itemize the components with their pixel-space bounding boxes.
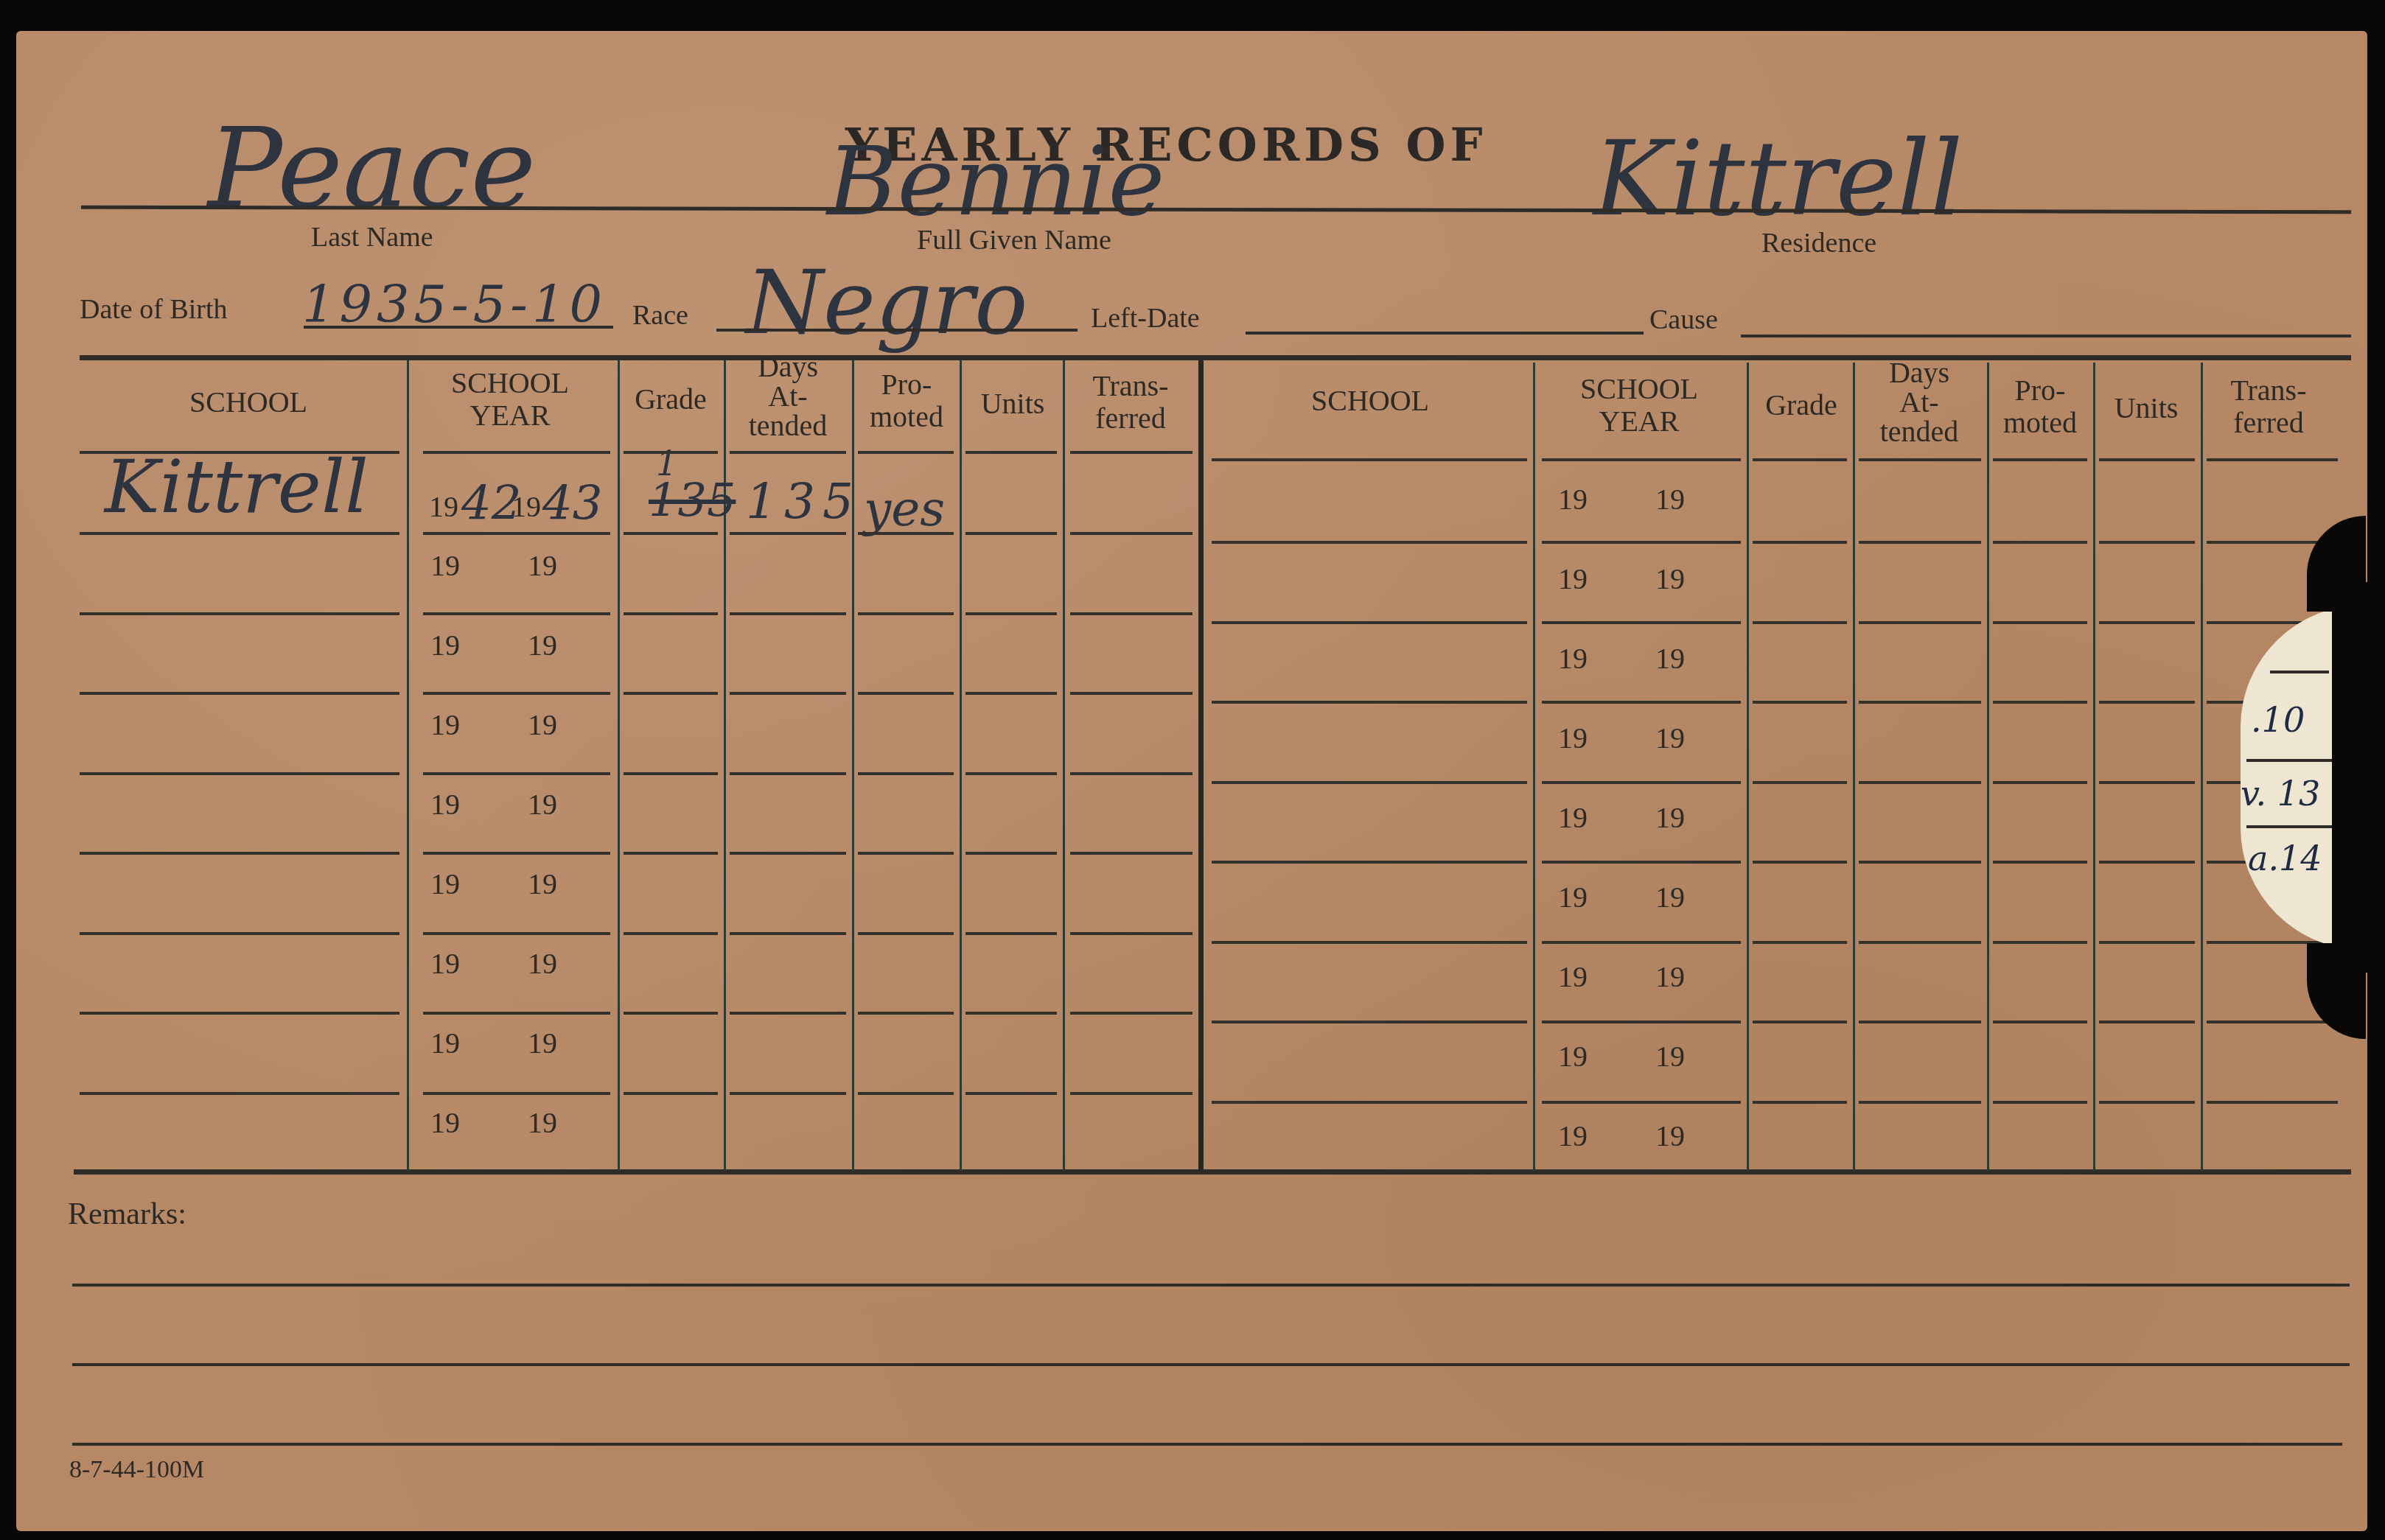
record-card: YEARLY RECORDS OF Peace Bennie Kittrell … [16,31,2367,1531]
right-row-school-field[interactable] [1215,930,1524,996]
row-underline [965,772,1057,775]
right-row-school-field[interactable] [1215,612,1524,678]
left-row-school-field[interactable] [83,917,399,983]
row-underline [1070,612,1192,615]
header-transferred-left: Trans-ferred [1064,370,1197,435]
left-row-school-field[interactable] [83,837,399,903]
header-underline [1542,458,1741,461]
right-row-school-field[interactable] [1215,691,1524,757]
header-underline [858,451,954,454]
right-row-year-from: 19 [1558,721,1588,755]
race-label: Race [632,299,688,332]
row-underline [1070,932,1192,935]
col-divider [1747,363,1749,1171]
row-underline [1993,1021,2087,1023]
col-divider [1987,363,1989,1171]
remarks-label: Remarks: [68,1197,186,1232]
row1-promoted: yes [864,480,945,537]
row-underline [423,1092,610,1095]
row-underline [2099,701,2195,704]
row-underline [965,532,1057,535]
row-underline [858,852,954,855]
row-underline [624,772,718,775]
row-underline [2099,1021,2195,1023]
header-underline [1070,451,1192,454]
row-underline [1859,1021,1981,1023]
right-row-year-to: 19 [1655,561,1685,596]
col-divider [1063,360,1065,1171]
row-underline [1070,772,1192,775]
right-row-school-field[interactable] [1215,1089,1524,1155]
row-underline [1070,532,1192,535]
row-underline [1993,541,2087,544]
row-underline [858,692,954,695]
header-units-left: Units [961,388,1064,420]
header-school-left: SCHOOL [90,370,407,419]
row1-year-to-prefix: 19 [511,489,541,524]
header-underline [2207,458,2338,461]
left-row-school-field[interactable] [83,996,399,1063]
row-underline [1753,861,1847,864]
left-row-year-from: 19 [430,946,460,981]
header-days-left: DaysAt-tended [725,352,851,441]
row-underline [730,692,846,695]
row-underline [1542,1101,1741,1104]
row-underline [965,692,1057,695]
row-underline [1859,621,1981,624]
row-underline [624,1092,718,1095]
row-underline [1993,701,2087,704]
left-row-year-from: 19 [430,707,460,742]
cause-label: Cause [1649,304,1718,336]
form-code: 8-7-44-100M [69,1456,204,1484]
remarks-line[interactable] [72,1443,2342,1446]
row-underline [423,932,610,935]
row-underline [1753,1101,1847,1104]
col-divider [2201,363,2203,1171]
header-underline [730,451,846,454]
row-underline [2099,941,2195,944]
left-row-year-to: 19 [528,787,557,822]
col-divider [618,360,620,1171]
right-row-year-from: 19 [1558,561,1588,596]
left-row-school-field[interactable] [83,1076,399,1142]
header-underline [2099,458,2195,461]
table-top-border [80,355,2351,360]
residence-label: Residence [1761,227,1876,259]
row-underline [965,612,1057,615]
right-row-year-from: 19 [1558,1119,1588,1153]
row1-school: Kittrell [105,444,369,530]
row-underline [1753,541,1847,544]
row-underline [423,1012,610,1015]
left-row-school-field[interactable] [83,757,399,824]
row-underline [1070,852,1192,855]
col-divider [960,360,962,1171]
row-underline [965,1092,1057,1095]
row-underline [858,1012,954,1015]
header-underline [1753,458,1847,461]
row-underline [624,932,718,935]
row-underline [730,852,846,855]
slip-text-2: v. 13 [2241,774,2320,813]
row-underline [1070,1092,1192,1095]
cause-underline [1741,335,2351,337]
header-school-year-right: SCHOOLYEAR [1536,373,1742,438]
row-underline [965,852,1057,855]
race-value: Negro [746,252,1027,354]
row-underline [1542,621,1741,624]
left-date-label: Left-Date [1091,302,1200,335]
row-underline [2207,1101,2338,1104]
row-underline [730,1012,846,1015]
row-underline [423,612,610,615]
row-underline [1993,621,2087,624]
right-row-year-to: 19 [1655,1039,1685,1074]
right-row-school-field[interactable] [1215,452,1524,519]
col-divider [2093,363,2095,1171]
right-row-year-to: 19 [1655,721,1685,755]
row-underline [1993,861,2087,864]
center-divider [1198,360,1204,1171]
right-row-year-from: 19 [1558,880,1588,914]
row-underline [1542,701,1741,704]
remarks-line[interactable] [72,1284,2350,1287]
row-underline [423,692,610,695]
header-underline [80,451,399,454]
row-underline [1753,621,1847,624]
row-underline [1993,1101,2087,1104]
row-underline [1859,941,1981,944]
row-underline [1542,941,1741,944]
row-underline [965,1012,1057,1015]
right-row-year-from: 19 [1558,959,1588,994]
row-underline [1859,1101,1981,1104]
row-underline [2099,781,2195,784]
row-underline [858,772,954,775]
row-underline [1993,941,2087,944]
row-underline [624,532,718,535]
row-underline [1859,781,1981,784]
row-underline [624,1012,718,1015]
background-gap [2332,582,2385,973]
header-grade-left: Grade [619,383,722,416]
row-underline [624,852,718,855]
row-underline [1753,941,1847,944]
row-underline [1753,1021,1847,1023]
row-underline [730,772,846,775]
dob-underline [304,326,613,329]
right-row-year-to: 19 [1655,880,1685,914]
right-row-year-to: 19 [1655,1119,1685,1153]
slip-line [2270,671,2329,673]
row-underline [1859,541,1981,544]
header-underline [1859,458,1981,461]
last-name-value: Peace [208,105,536,233]
header-transferred-right: Trans-ferred [2202,374,2335,439]
row-underline [624,612,718,615]
row1-days-attended: 135 [746,473,861,530]
row-underline [2099,1101,2195,1104]
last-name-label: Last Name [311,221,433,253]
left-row-year-from: 19 [430,867,460,901]
residence-value: Kittrell [1593,119,1963,239]
left-row-year-from: 19 [430,1026,460,1060]
row-underline [1859,701,1981,704]
right-row-year-from: 19 [1558,800,1588,835]
right-row-school-field[interactable] [1215,1009,1524,1076]
row-underline [1070,1012,1192,1015]
header-underline [624,451,718,454]
left-row-year-to: 19 [528,867,557,901]
left-row-school-field[interactable] [83,678,399,744]
left-row-year-from: 19 [430,548,460,583]
col-divider [1853,363,1855,1171]
header-promoted-right: Pro-moted [1988,374,2092,439]
given-name-value: Bennie [827,125,1164,237]
left-row-school-field[interactable] [83,519,399,585]
left-date-underline [1246,332,1644,335]
right-row-year-to: 19 [1655,482,1685,517]
header-promoted-left: Pro-moted [855,368,958,433]
row-underline [2099,621,2195,624]
slip-text-3: a.14 [2248,839,2322,878]
row-underline [858,932,954,935]
right-row-year-from: 19 [1558,1039,1588,1074]
row1-year-from-prefix: 19 [429,489,458,524]
left-row-school-field[interactable] [83,598,399,665]
left-row-year-from: 19 [430,787,460,822]
col-divider [407,360,409,1171]
row-underline [423,532,610,535]
header-underline [965,451,1057,454]
row-underline [858,532,954,535]
row-underline [2099,861,2195,864]
row-underline [1542,781,1741,784]
row-underline [1859,861,1981,864]
left-row-year-from: 19 [430,1105,460,1140]
header-underline [423,451,610,454]
left-row-year-from: 19 [430,628,460,662]
header-days-right: DaysAt-tended [1856,358,1983,447]
dob-label: Date of Birth [80,293,228,326]
right-row-school-field[interactable] [1215,771,1524,837]
right-row-year-from: 19 [1558,641,1588,676]
row-underline [1070,692,1192,695]
row-underline [423,772,610,775]
left-row-year-to: 19 [528,628,557,662]
left-row-year-to: 19 [528,707,557,742]
row-underline [423,852,610,855]
row1-grade: 1 [656,444,677,483]
left-row-year-to: 19 [528,1105,557,1140]
row1-year-to: 43 [542,477,602,531]
header-underline [1993,458,2087,461]
left-row-year-to: 19 [528,548,557,583]
right-row-school-field[interactable] [1215,532,1524,598]
row-underline [624,692,718,695]
row-underline [858,612,954,615]
slip-text-1: .10 [2251,700,2305,740]
header-school-year-left: SCHOOLYEAR [407,367,613,432]
right-row-school-field[interactable] [1215,850,1524,917]
row-underline [1542,541,1741,544]
row-underline [1993,781,2087,784]
left-row-year-to: 19 [528,946,557,981]
left-row-year-to: 19 [528,1026,557,1060]
row-underline [2207,1021,2338,1023]
row-underline [730,932,846,935]
row-underline [2099,541,2195,544]
row-underline [965,932,1057,935]
race-underline [716,329,1078,332]
row-underline [730,612,846,615]
row-underline [858,1092,954,1095]
right-row-year-to: 19 [1655,800,1685,835]
row-underline [1753,781,1847,784]
right-row-year-to: 19 [1655,641,1685,676]
header-units-right: Units [2095,392,2198,424]
header-school-right: SCHOOL [1212,385,1529,417]
header-grade-right: Grade [1750,389,1853,421]
row-underline [1542,861,1741,864]
row-underline [730,532,846,535]
row-underline [1753,701,1847,704]
right-row-year-to: 19 [1655,959,1685,994]
col-divider [1533,363,1535,1171]
table-bottom-border [74,1169,2351,1175]
row-underline [1542,1021,1741,1023]
remarks-line[interactable] [72,1363,2350,1366]
right-row-year-from: 19 [1558,482,1588,517]
row-underline [730,1092,846,1095]
